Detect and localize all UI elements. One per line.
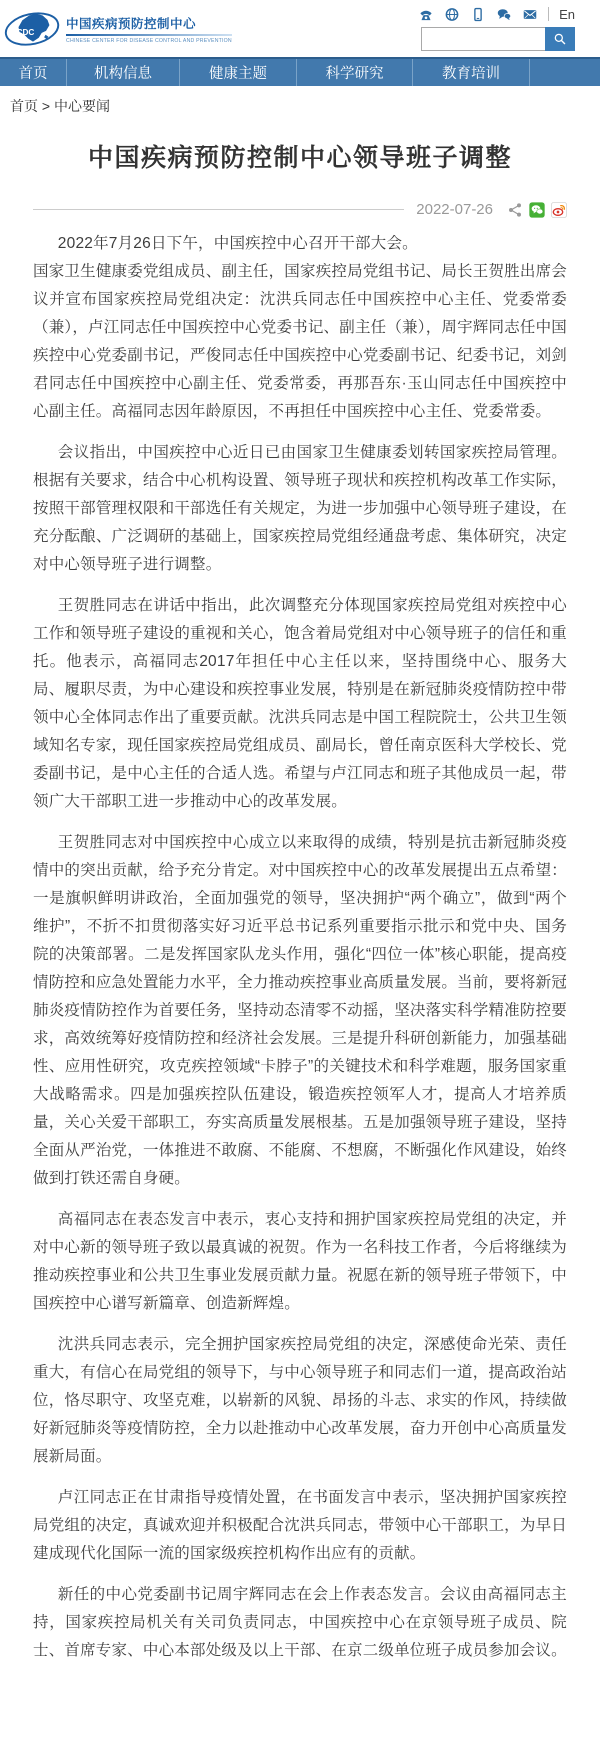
wechat-share-icon[interactable]: [529, 202, 545, 218]
site-header: CDC 中国疾病预防控制中心 CHINESE CENTER FOR DISEAS…: [0, 0, 600, 57]
article-body: 2022年7月26日下午，中国疾控中心召开干部大会。国家卫生健康委党组成员、副主…: [33, 230, 567, 1755]
main-nav: 首页机构信息健康主题科学研究教育培训: [0, 57, 600, 86]
logo-text: 中国疾病预防控制中心 CHINESE CENTER FOR DISEASE CO…: [66, 14, 232, 44]
mail-icon[interactable]: [522, 7, 538, 22]
header-divider: [548, 7, 549, 21]
weibo-share-icon[interactable]: [551, 202, 567, 218]
breadcrumb[interactable]: 首页 > 中心要闻: [0, 86, 600, 116]
article: 中国疾病预防控制中心领导班子调整 2022-07-26: [0, 138, 600, 1755]
article-paragraph: 新任的中心党委副书记周宇辉同志在会上作表态发言。会议由高福同志主持，国家疾控局机…: [33, 1581, 567, 1665]
logo-divider: [66, 34, 232, 36]
header-tools: En: [418, 7, 575, 51]
article-paragraph: 卢江同志正在甘肃指导疫情处置，在书面发言中表示，坚决拥护国家疾控局党组的决定，真…: [33, 1484, 567, 1568]
nav-item-5[interactable]: 教育培训: [413, 59, 530, 86]
search-icon: [553, 32, 567, 46]
date-row: 2022-07-26: [33, 201, 567, 218]
article-paragraph: 高福同志在表态发言中表示，衷心支持和拥护国家疾控局党组的决定，并对中心新的领导班…: [33, 1206, 567, 1318]
english-link[interactable]: En: [559, 7, 575, 22]
article-date: 2022-07-26: [416, 201, 493, 218]
header-icon-row: En: [418, 7, 575, 22]
chat-icon[interactable]: [496, 7, 512, 22]
phone-icon[interactable]: [418, 7, 434, 22]
article-paragraph: 国家卫生健康委党组成员、副主任，国家疾控局党组书记、局长王贺胜出席会议并宣布国家…: [33, 258, 567, 426]
search-input[interactable]: [421, 27, 545, 51]
org-name-cn: 中国疾病预防控制中心: [66, 14, 232, 32]
title-divider: [33, 209, 404, 210]
org-name-en: CHINESE CENTER FOR DISEASE CONTROL AND P…: [66, 38, 232, 44]
article-paragraph: 王贺胜同志在讲话中指出，此次调整充分体现国家疾控局党组对疾控中心工作和领导班子建…: [33, 592, 567, 816]
article-paragraph: 会议指出，中国疾控中心近日已由国家卫生健康委划转国家疾控局管理。根据有关要求，结…: [33, 439, 567, 579]
search-button[interactable]: [545, 27, 575, 51]
article-paragraph: 王贺胜同志对中国疾控中心成立以来取得的成绩，特别是抗击新冠肺炎疫情中的突出贡献，…: [33, 829, 567, 1193]
nav-item-4[interactable]: 科学研究: [297, 59, 413, 86]
cdc-logo-text: CDC: [17, 27, 35, 36]
page-title: 中国疾病预防控制中心领导班子调整: [33, 138, 567, 174]
article-paragraph: 2022年7月26日下午，中国疾控中心召开干部大会。: [33, 230, 567, 258]
nav-item-3[interactable]: 健康主题: [180, 59, 297, 86]
nav-filler: [530, 59, 600, 86]
mobile-icon[interactable]: [470, 7, 486, 22]
cdc-logo[interactable]: CDC 中国疾病预防控制中心 CHINESE CENTER FOR DISEAS…: [4, 6, 232, 52]
globe-icon[interactable]: [444, 7, 460, 22]
article-paragraph: 沈洪兵同志表示，完全拥护国家疾控局党组的决定，深感使命光荣、责任重大，有信心在局…: [33, 1331, 567, 1471]
nav-item-1[interactable]: 首页: [0, 59, 67, 86]
page: CDC 中国疾病预防控制中心 CHINESE CENTER FOR DISEAS…: [0, 0, 600, 1755]
search-box: [421, 27, 575, 51]
nav-item-2[interactable]: 机构信息: [67, 59, 180, 86]
share-icon[interactable]: [507, 202, 523, 218]
cdc-emblem-icon: CDC: [4, 6, 62, 52]
